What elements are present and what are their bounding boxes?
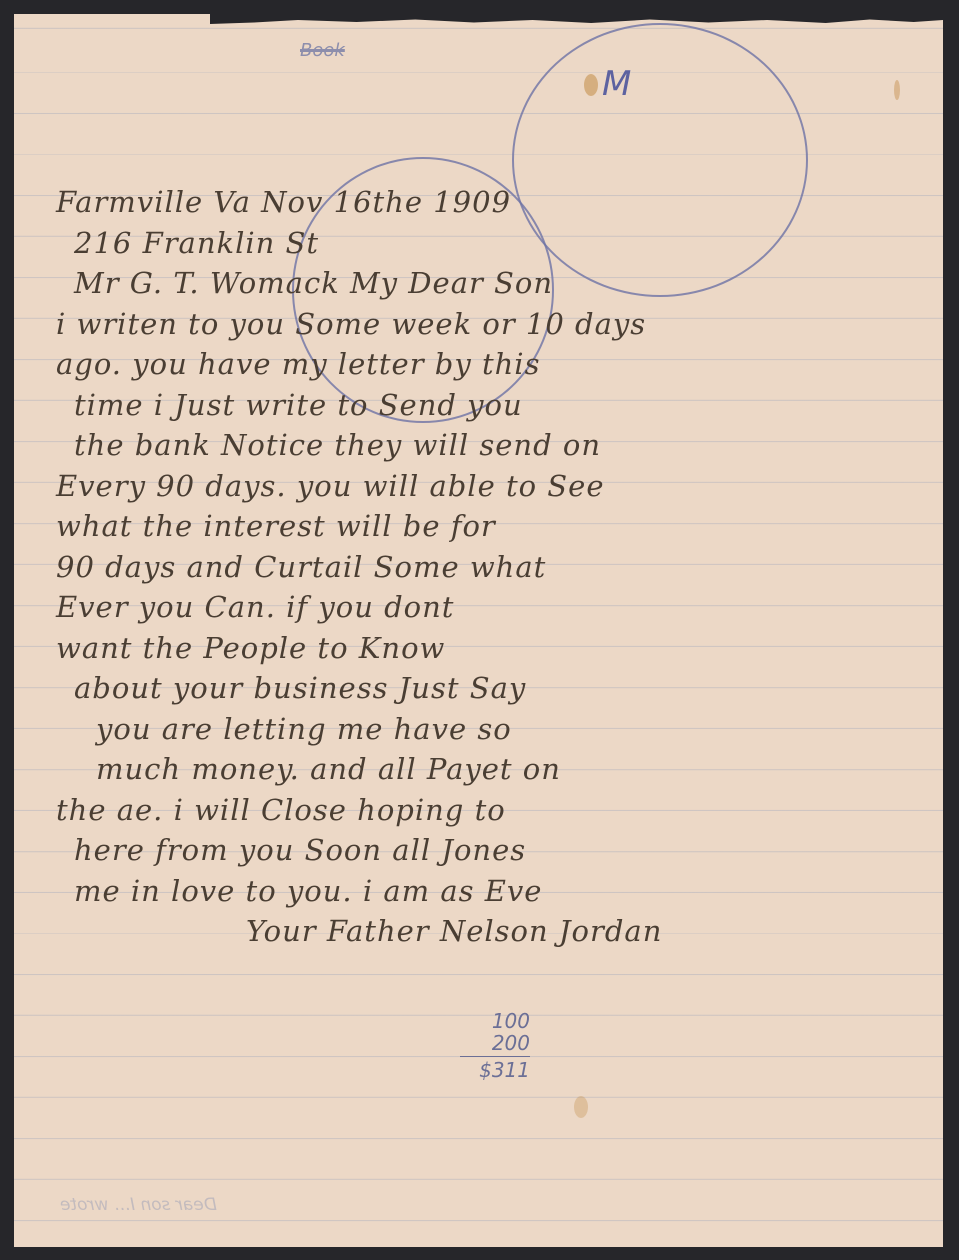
letter-line: i writen to you Some week or 10 days bbox=[56, 304, 936, 345]
stain-spot bbox=[894, 80, 900, 100]
letter-line: about your business Just Say bbox=[56, 668, 936, 709]
letter-line: time i Just write to Send you bbox=[56, 385, 936, 426]
pencil-sum: 100 200 $311 bbox=[460, 1010, 530, 1081]
letter-line-address: 216 Franklin St bbox=[56, 223, 936, 264]
sum-line: 200 bbox=[460, 1032, 530, 1054]
letter-signature: Your Father Nelson Jordan bbox=[56, 911, 936, 952]
letter-line: Ever you Can. if you dont bbox=[56, 587, 936, 628]
sum-total: $311 bbox=[460, 1059, 530, 1081]
letter-line: the ae. i will Close hoping to bbox=[56, 790, 936, 831]
letter-line-place-date: Farmville Va Nov 16the 1909 bbox=[56, 182, 936, 223]
letter-line: me in love to you. i am as Eve bbox=[56, 871, 936, 912]
sum-line: 100 bbox=[460, 1010, 530, 1032]
letter-line: 90 days and Curtail Some what bbox=[56, 547, 936, 588]
bleed-through-text: Dear son I... wrote bbox=[60, 1195, 217, 1215]
letter-line: here from you Soon all Jones bbox=[56, 830, 936, 871]
letter-body: Farmville Va Nov 16the 1909 216 Franklin… bbox=[56, 182, 936, 952]
letter-line: want the People to Know bbox=[56, 628, 936, 669]
struck-pencil-note: Book bbox=[300, 40, 345, 61]
letter-line: much money. and all Payet on bbox=[56, 749, 936, 790]
letter-line: what the interest will be for bbox=[56, 506, 936, 547]
letter-line-salutation: Mr G. T. Womack My Dear Son bbox=[56, 263, 936, 304]
sum-rule bbox=[460, 1056, 530, 1057]
letter-line: the bank Notice they will send on bbox=[56, 425, 936, 466]
stain-spot bbox=[574, 1096, 588, 1118]
letter-line: ago. you have my letter by this bbox=[56, 344, 936, 385]
letter-line: you are letting me have so bbox=[56, 709, 936, 750]
letter-line: Every 90 days. you will able to See bbox=[56, 466, 936, 507]
